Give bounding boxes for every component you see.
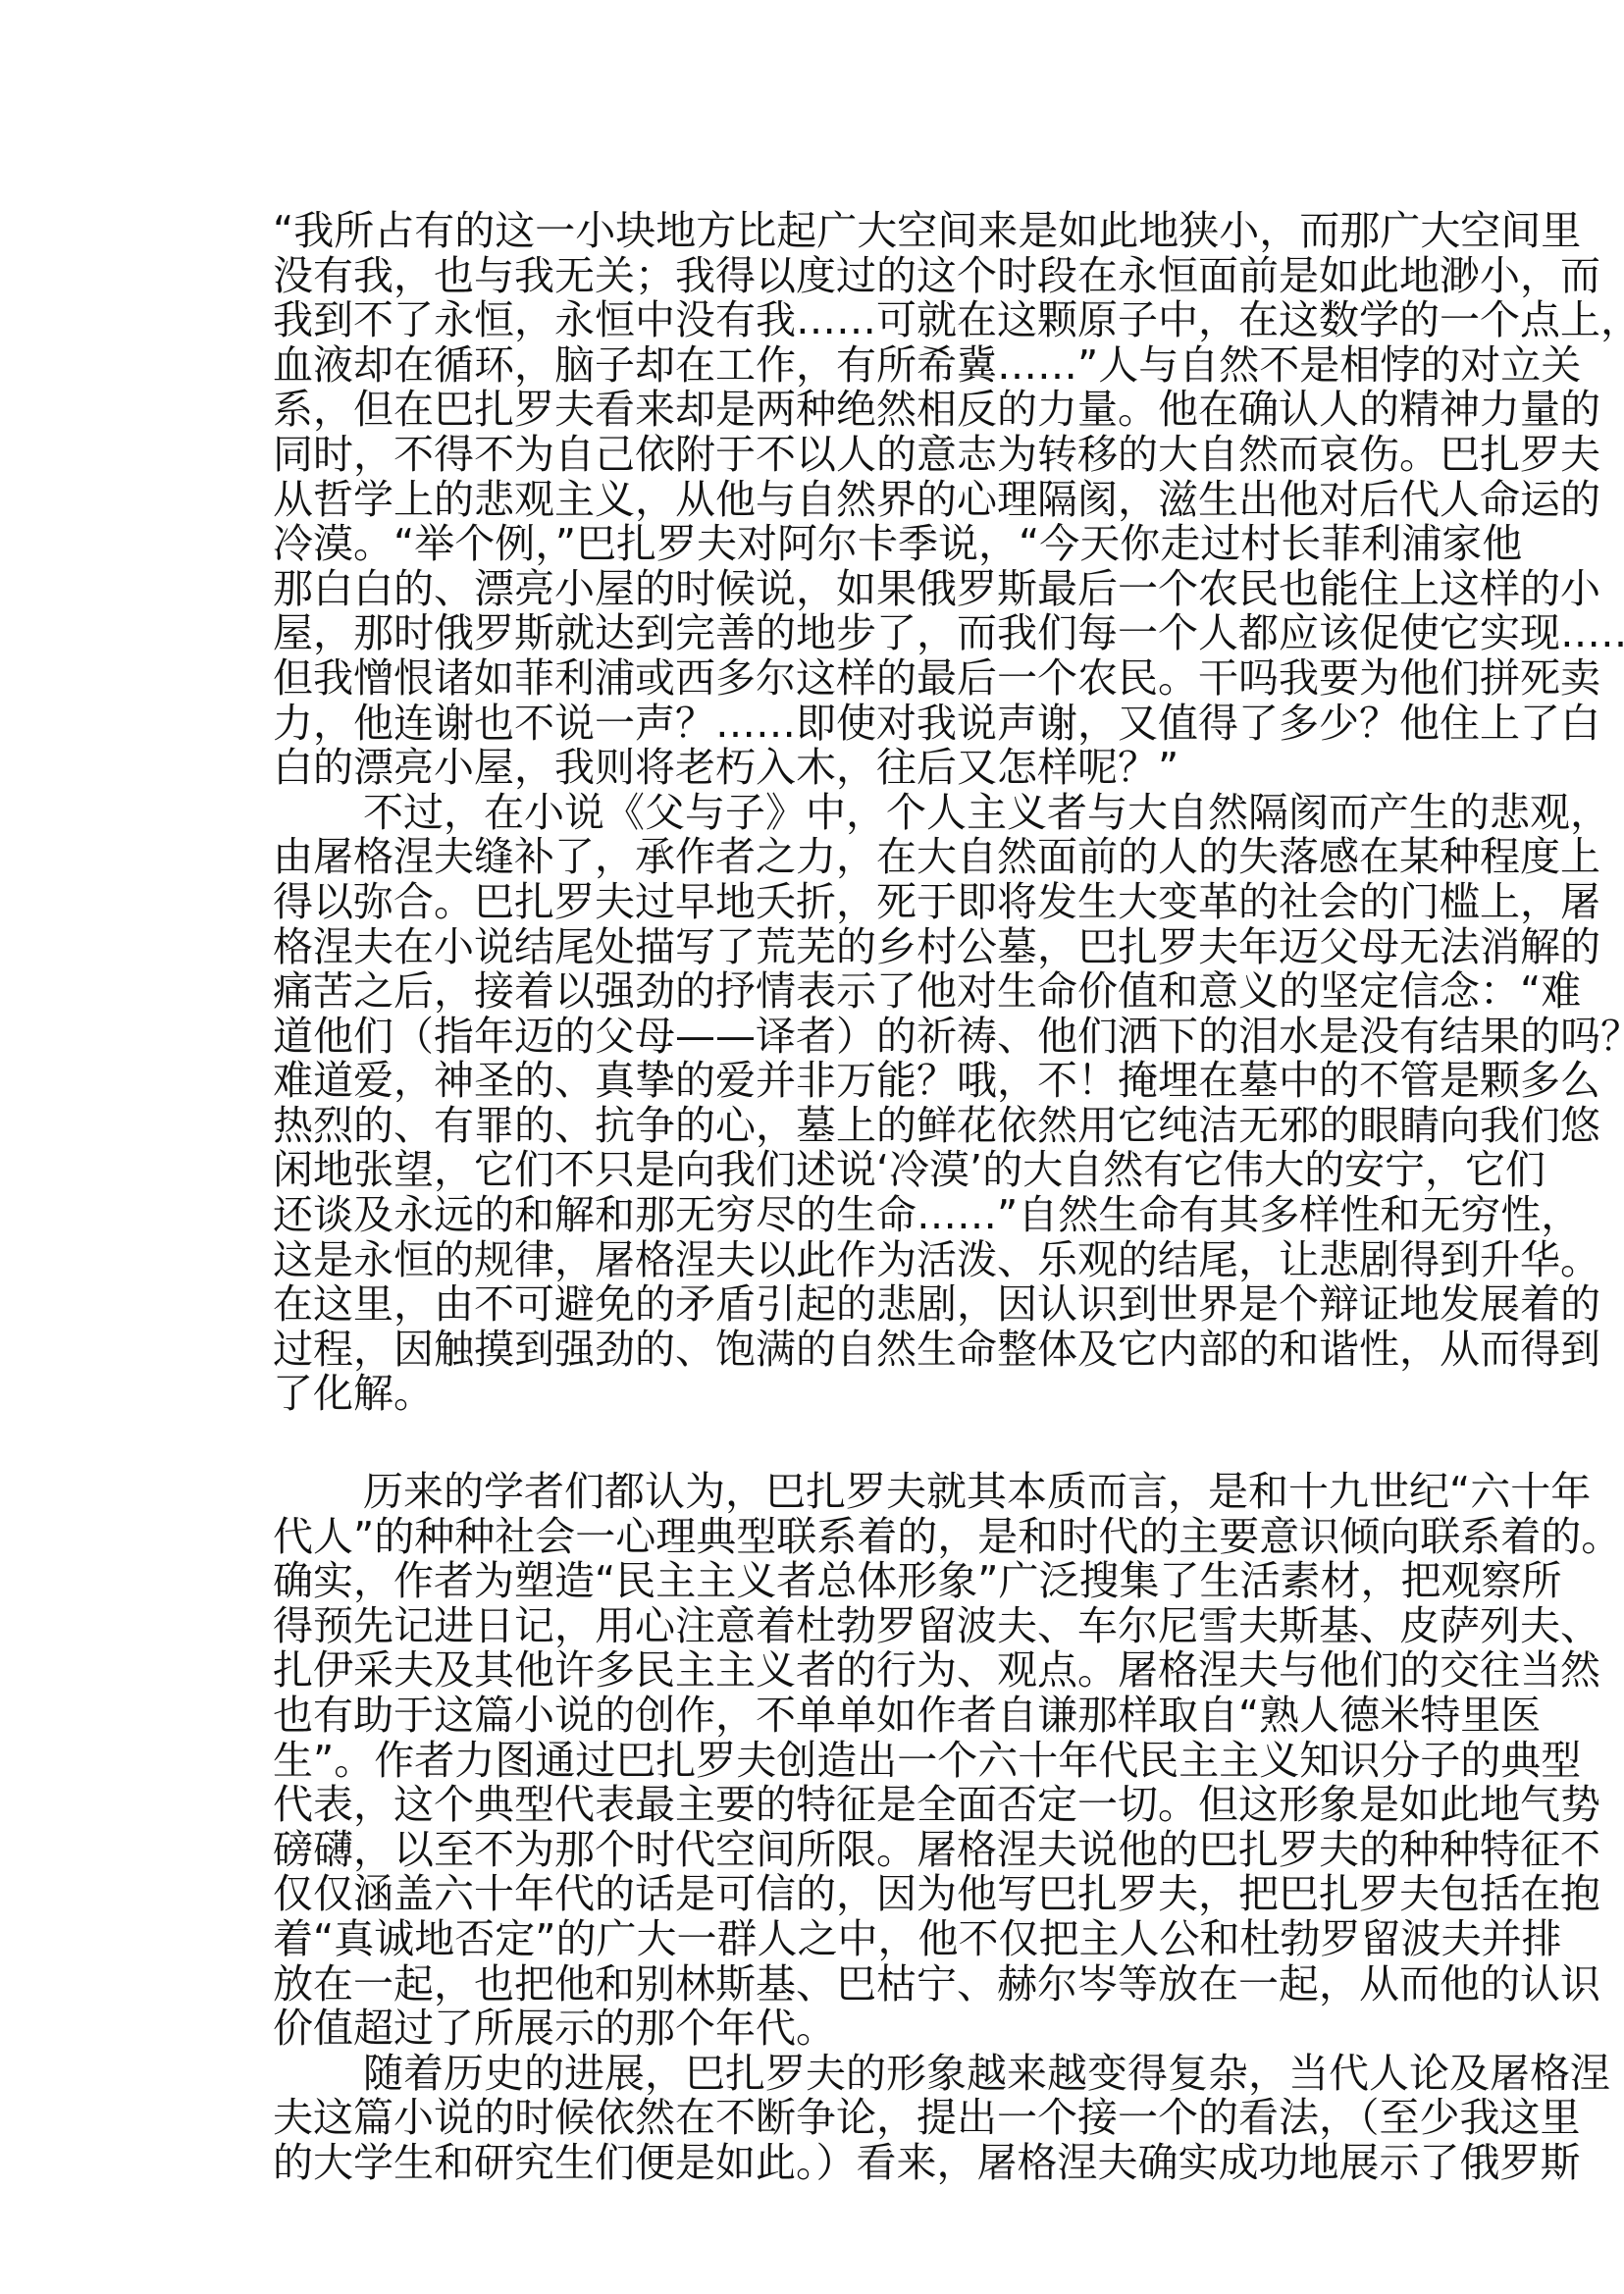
text-line: 闲地张望，它们不只是向我们述说‘冷漠’的大自然有它伟大的安宁，它们 [273, 1148, 1352, 1193]
text-line: 由屠格涅夫缝补了，承作者之力，在大自然面前的人的失落感在某种程度上 [273, 835, 1352, 880]
text-line: 了化解。 [273, 1372, 1352, 1417]
text-line: 没有我，也与我无关；我得以度过的这个时段在永恒面前是如此地渺小，而 [273, 254, 1352, 299]
text-line: 得预先记进日记，用心注意着杜勃罗留波夫、车尔尼雪夫斯基、皮萨列夫、 [273, 1604, 1352, 1649]
text-line: 得以弥合。巴扎罗夫过早地夭折，死于即将发生大变革的社会的门槛上，屠 [273, 880, 1352, 925]
text-line: 同时，不得不为自己依附于不以人的意志为转移的大自然而哀伤。巴扎罗夫 [273, 433, 1352, 478]
paragraph-2: 不过，在小说《父与子》中，个人主义者与大自然隔阂而产生的悲观， 由屠格涅夫缝补了… [273, 791, 1352, 1417]
text-line: 热烈的、有罪的、抗争的心，墓上的鲜花依然用它纯洁无邪的眼睛向我们悠 [273, 1104, 1352, 1149]
text-line: 还谈及永远的和解和那无穷尽的生命……”自然生命有其多样性和无穷性， [273, 1193, 1352, 1238]
text-line: 系，但在巴扎罗夫看来却是两种绝然相反的力量。他在确认人的精神力量的 [273, 388, 1352, 433]
text-line: 那白白的、漂亮小屋的时候说，如果俄罗斯最后一个农民也能住上这样的小 [273, 567, 1352, 612]
text-line: 痛苦之后，接着以强劲的抒情表示了他对生命价值和意义的坚定信念：“难 [273, 969, 1352, 1015]
text-line: 白的漂亮小屋，我则将老朽入木，往后又怎样呢？” [273, 746, 1352, 791]
text-line: “我所占有的这一小块地方比起广大空间来是如此地狭小，而那广大空间里 [273, 209, 1352, 254]
text-line: 从哲学上的悲观主义，从他与自然界的心理隔阂，滋生出他对后代人命运的 [273, 478, 1352, 523]
text-line: 代表，这个典型代表最主要的特征是全面否定一切。但这形象是如此地气势 [273, 1783, 1352, 1828]
text-line: 我到不了永恒，永恒中没有我……可就在这颗原子中，在这数学的一个点上， [273, 298, 1352, 343]
text-line: 随着历史的进展，巴扎罗夫的形象越来越变得复杂，当代人论及屠格涅 [273, 2052, 1352, 2097]
text-line: 磅礴，以至不为那个时代空间所限。屠格涅夫说他的巴扎罗夫的种种特征不 [273, 1828, 1352, 1873]
paragraph-3: 历来的学者们都认为，巴扎罗夫就其本质而言，是和十九世纪“六十年 代人”的种种社会… [273, 1470, 1352, 2052]
paragraph-4: 随着历史的进展，巴扎罗夫的形象越来越变得复杂，当代人论及屠格涅 夫这篇小说的时候… [273, 2052, 1352, 2186]
text-line: 力，他连谢也不说一声？……即使对我说声谢，又值得了多少？他住上了白 [273, 702, 1352, 747]
text-line: 代人”的种种社会一心理典型联系着的，是和时代的主要意识倾向联系着的。 [273, 1515, 1352, 1560]
text-line: 历来的学者们都认为，巴扎罗夫就其本质而言，是和十九世纪“六十年 [273, 1470, 1352, 1515]
text-line: 屋，那时俄罗斯就达到完善的地步了，而我们每一个人都应该促使它实现…… [273, 611, 1352, 656]
text-line: 价值超过了所展示的那个年代。 [273, 2007, 1352, 2052]
text-line: 在这里，由不可避免的矛盾引起的悲剧，因认识到世界是个辩证地发展着的 [273, 1282, 1352, 1328]
document-body: “我所占有的这一小块地方比起广大空间来是如此地狭小，而那广大空间里 没有我，也与… [273, 209, 1352, 2186]
text-line: 格涅夫在小说结尾处描写了荒芜的乡村公墓，巴扎罗夫年迈父母无法消解的 [273, 925, 1352, 970]
text-line: 过程，因触摸到强劲的、饱满的自然生命整体及它内部的和谐性，从而得到 [273, 1328, 1352, 1373]
paragraph-1: “我所占有的这一小块地方比起广大空间来是如此地狭小，而那广大空间里 没有我，也与… [273, 209, 1352, 791]
text-line: 冷漠。“举个例，”巴扎罗夫对阿尔卡季说，“今天你走过村长菲利浦家他 [273, 522, 1352, 567]
text-line: 但我憎恨诸如菲利浦或西多尔这样的最后一个农民。干吗我要为他们拼死卖 [273, 656, 1352, 702]
text-line: 不过，在小说《父与子》中，个人主义者与大自然隔阂而产生的悲观， [273, 791, 1352, 836]
text-line: 生”。作者力图通过巴扎罗夫创造出一个六十年代民主主义知识分子的典型 [273, 1739, 1352, 1784]
text-line: 难道爱，神圣的、真挚的爱并非万能？哦，不！掩埋在墓中的不管是颗多么 [273, 1059, 1352, 1104]
text-line: 仅仅涵盖六十年代的话是可信的，因为他写巴扎罗夫，把巴扎罗夫包括在抱 [273, 1872, 1352, 1917]
text-line: 也有助于这篇小说的创作，不单单如作者自谦那样取自“熟人德米特里医 [273, 1694, 1352, 1739]
text-line: 着“真诚地否定”的广大一群人之中，他不仅把主人公和杜勃罗留波夫并排 [273, 1917, 1352, 1962]
text-line: 放在一起，也把他和别林斯基、巴枯宁、赫尔岑等放在一起，从而他的认识 [273, 1962, 1352, 2007]
text-line: 夫这篇小说的时候依然在不断争论，提出一个接一个的看法，（至少我这里 [273, 2096, 1352, 2141]
text-line: 确实，作者为塑造“民主主义者总体形象”广泛搜集了生活素材，把观察所 [273, 1559, 1352, 1604]
text-line: 扎伊采夫及其他许多民主主义者的行为、观点。屠格涅夫与他们的交往当然 [273, 1648, 1352, 1694]
document-page: “我所占有的这一小块地方比起广大空间来是如此地狭小，而那广大空间里 没有我，也与… [0, 0, 1624, 2294]
text-line: 这是永恒的规律，屠格涅夫以此作为活泼、乐观的结尾，让悲剧得到升华。 [273, 1238, 1352, 1283]
paragraph-gap [273, 1417, 1352, 1470]
text-line: 的大学生和研究生们便是如此。）看来，屠格涅夫确实成功地展示了俄罗斯 [273, 2141, 1352, 2186]
text-line: 血液却在循环，脑子却在工作，有所希冀……”人与自然不是相悖的对立关 [273, 343, 1352, 389]
text-line: 道他们（指年迈的父母——译者）的祈祷、他们洒下的泪水是没有结果的吗？ [273, 1015, 1352, 1060]
